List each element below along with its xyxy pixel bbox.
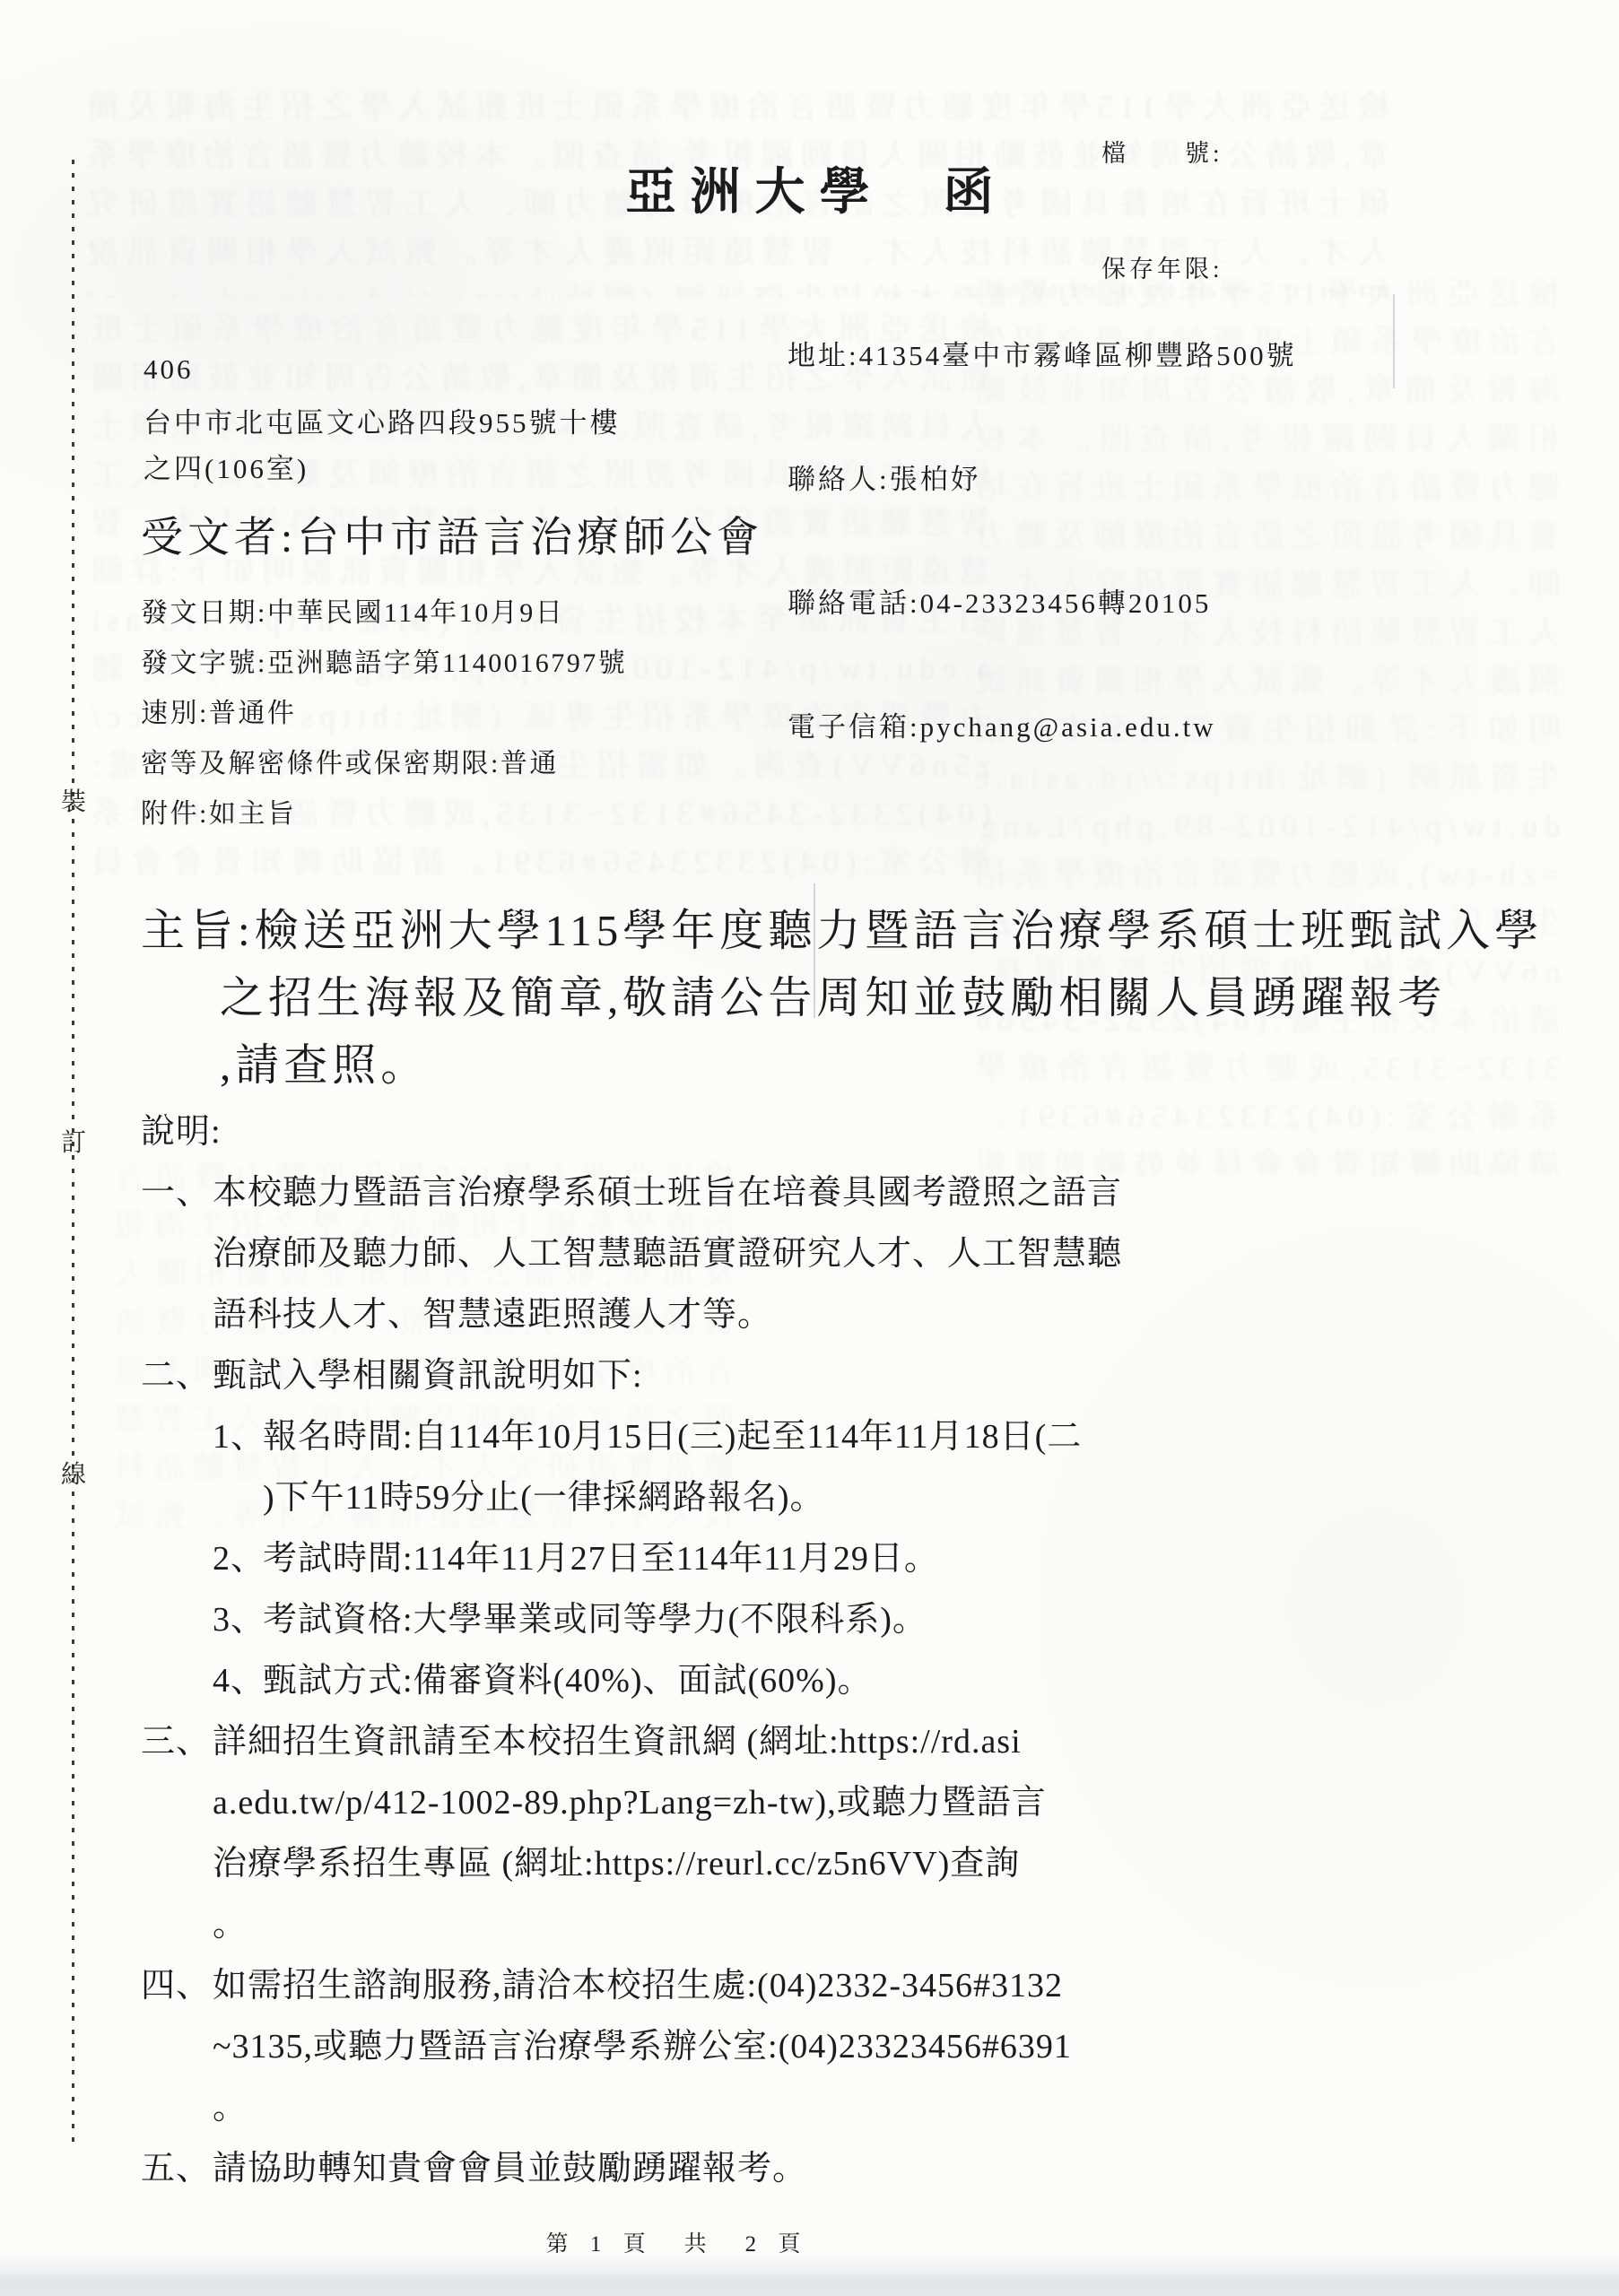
subject-first-row: 主旨: 檢送亞洲大學115學年度聽力暨語言治療學系碩士班甄試入學 xyxy=(141,897,1594,964)
scan-crease-line xyxy=(1393,294,1395,388)
item-text-line: 治療師及聽力師、人工智慧聽語實證研究人才、人工智慧聽 xyxy=(213,1223,1513,1284)
recipient-address-line: 台中市北屯區文心路四段955號十樓 xyxy=(144,400,621,446)
explanation-section: 說明: 一、 本校聽力暨語言治療學系碩士班旨在培養具國考證照之語言 治療師及聽力… xyxy=(141,1101,1513,2199)
sub-item-text-line: 報名時間:自114年10月15日(三)起至114年11月18日(二 xyxy=(263,1406,1513,1467)
item-text: 請協助轉知貴會會員並鼓勵踴躍報考。 xyxy=(213,2138,1513,2199)
sub-item-text-line: 考試資格:大學畢業或同等學力(不限科系)。 xyxy=(263,1589,1513,1650)
item-text: 甄試入學相關資訊說明如下: 1、 報名時間:自114年10月15日(三)起至11… xyxy=(213,1345,1513,1711)
sub-item-1: 1、 報名時間:自114年10月15日(三)起至114年11月18日(二 )下午… xyxy=(213,1406,1513,1528)
sender-email: 電子信箱:pychang@asia.edu.tw xyxy=(788,707,1297,748)
sub-item-text-line: 甄試方式:備審資料(40%)、面試(60%)。 xyxy=(263,1650,1513,1711)
subject-text-line: ,請查照。 xyxy=(220,1031,1594,1099)
explanation-item-1: 一、 本校聽力暨語言治療學系碩士班旨在培養具國考證照之語言 治療師及聽力師、人工… xyxy=(141,1162,1513,1345)
binding-mark: 訂 xyxy=(59,1123,88,1159)
recipient-address-line: 之四(106室) xyxy=(144,446,621,491)
item-number: 二、 xyxy=(141,1345,213,1711)
sender-address: 地址:41354臺中市霧峰區柳豐路500號 xyxy=(788,335,1297,377)
item-text-line: 詳細招生資訊請至本校招生資訊網 (網址:https://rd.asi xyxy=(213,1711,1513,1772)
subject-label: 主旨: xyxy=(141,897,255,964)
sub-item-number: 4、 xyxy=(213,1650,263,1711)
recipient-line: 受文者:台中市語言治療師公會 xyxy=(141,504,763,564)
item-number: 五、 xyxy=(141,2138,213,2199)
document-title: 亞洲大學 函 xyxy=(0,152,1619,224)
item-text-line: 治療學系招生專區 (網址:https://reurl.cc/z5n6VV)查詢 xyxy=(213,1833,1513,1894)
item-text-line: ~3135,或聽力暨語言治療學系辦公室:(04)23323456#6391 xyxy=(213,2016,1513,2077)
document-meta-block: 發文日期:中華民國114年10月9日 發文字號:亞洲聽語字第1140016797… xyxy=(141,588,627,839)
sender-contact-person: 聯絡人:張柏妤 xyxy=(788,459,1297,500)
sub-item-number: 1、 xyxy=(213,1406,263,1528)
scan-crease-line xyxy=(814,883,815,1018)
item-text-line: a.edu.tw/p/412-1002-89.php?Lang=zh-tw),或… xyxy=(213,1772,1513,1833)
sub-item-3: 3、 考試資格:大學畢業或同等學力(不限科系)。 xyxy=(213,1589,1513,1650)
item-text: 詳細招生資訊請至本校招生資訊網 (網址:https://rd.asi a.edu… xyxy=(213,1711,1513,1955)
sub-item-text: 考試時間:114年11月27日至114年11月29日。 xyxy=(263,1528,1513,1589)
item-text-line: 請協助轉知貴會會員並鼓勵踴躍報考。 xyxy=(213,2138,1513,2199)
sub-item-text: 考試資格:大學畢業或同等學力(不限科系)。 xyxy=(263,1589,1513,1650)
explanation-item-4: 四、 如需招生諮詢服務,請洽本校招生處:(04)2332-3456#3132 ~… xyxy=(141,1955,1513,2138)
sub-item-text: 甄試方式:備審資料(40%)、面試(60%)。 xyxy=(263,1650,1513,1711)
subject-text-line: 檢送亞洲大學115學年度聽力暨語言治療學系碩士班甄試入學 xyxy=(255,897,1544,964)
sub-item-4: 4、 甄試方式:備審資料(40%)、面試(60%)。 xyxy=(213,1650,1513,1711)
issue-date-line: 發文日期:中華民國114年10月9日 xyxy=(141,588,627,639)
item-text-line: 本校聽力暨語言治療學系碩士班旨在培養具國考證照之語言 xyxy=(213,1162,1513,1223)
item-text: 本校聽力暨語言治療學系碩士班旨在培養具國考證照之語言 治療師及聽力師、人工智慧聽… xyxy=(213,1162,1513,1345)
explanation-item-2: 二、 甄試入學相關資訊說明如下: 1、 報名時間:自114年10月15日(三)起… xyxy=(141,1345,1513,1711)
sub-item-text: 報名時間:自114年10月15日(三)起至114年11月18日(二 )下午11時… xyxy=(263,1406,1513,1528)
recipient-zip-code: 406 xyxy=(144,353,194,386)
item-text-line: 語科技人才、智慧遠距照護人才等。 xyxy=(213,1284,1513,1345)
scanner-edge-strip xyxy=(0,2253,1619,2296)
reference-number-line: 發文字號:亞洲聽語字第1140016797號 xyxy=(141,639,627,689)
scanned-official-letter-page: 檢送亞洲大學115學年度聽力暨語言治療學系碩士班甄試入學之招生海報及簡章,敬請公… xyxy=(0,0,1619,2296)
item-text-line: 甄試入學相關資訊說明如下: xyxy=(213,1345,1513,1406)
sub-item-number: 2、 xyxy=(213,1528,263,1589)
attachment-line: 附件:如主旨 xyxy=(141,789,627,839)
item-text-line: 。 xyxy=(213,2077,1513,2138)
item-number: 三、 xyxy=(141,1711,213,1955)
item-number: 一、 xyxy=(141,1162,213,1345)
sub-item-number: 3、 xyxy=(213,1589,263,1650)
sender-contact-block: 地址:41354臺中市霧峰區柳豐路500號 聯絡人:張柏妤 聯絡電話:04-23… xyxy=(788,253,1297,831)
sub-item-text-line: 考試時間:114年11月27日至114年11月29日。 xyxy=(263,1528,1513,1589)
priority-line: 速別:普通件 xyxy=(141,689,627,739)
classification-line: 密等及解密條件或保密期限:普通 xyxy=(141,739,627,789)
explanation-item-5: 五、 請協助轉知貴會會員並鼓勵踴躍報考。 xyxy=(141,2138,1513,2199)
explanation-label: 說明: xyxy=(141,1101,1513,1162)
subject-text-line: 之招生海報及簡章,敬請公告周知並鼓勵相關人員踴躍報考 xyxy=(220,964,1594,1031)
sender-phone: 聯絡電話:04-23323456轉20105 xyxy=(788,583,1297,624)
subject-section: 主旨: 檢送亞洲大學115學年度聽力暨語言治療學系碩士班甄試入學 之招生海報及簡… xyxy=(141,897,1594,1099)
issuing-organization: 亞洲大學 xyxy=(626,152,884,224)
binding-mark: 裝 xyxy=(59,782,88,818)
item-text-line: 如需招生諮詢服務,請洽本校招生處:(04)2332-3456#3132 xyxy=(213,1955,1513,2016)
recipient-mailing-address: 台中市北屯區文心路四段955號十樓 之四(106室) xyxy=(144,400,621,491)
sub-item-text-line: )下午11時59分止(一律採網路報名)。 xyxy=(263,1467,1513,1528)
item-text: 如需招生諮詢服務,請洽本校招生處:(04)2332-3456#3132 ~313… xyxy=(213,1955,1513,2138)
sub-item-2: 2、 考試時間:114年11月27日至114年11月29日。 xyxy=(213,1528,1513,1589)
explanation-item-3: 三、 詳細招生資訊請至本校招生資訊網 (網址:https://rd.asi a.… xyxy=(141,1711,1513,1955)
binding-mark: 線 xyxy=(59,1455,88,1491)
document-type: 函 xyxy=(944,152,994,224)
item-number: 四、 xyxy=(141,1955,213,2138)
item-text-line: 。 xyxy=(213,1894,1513,1955)
